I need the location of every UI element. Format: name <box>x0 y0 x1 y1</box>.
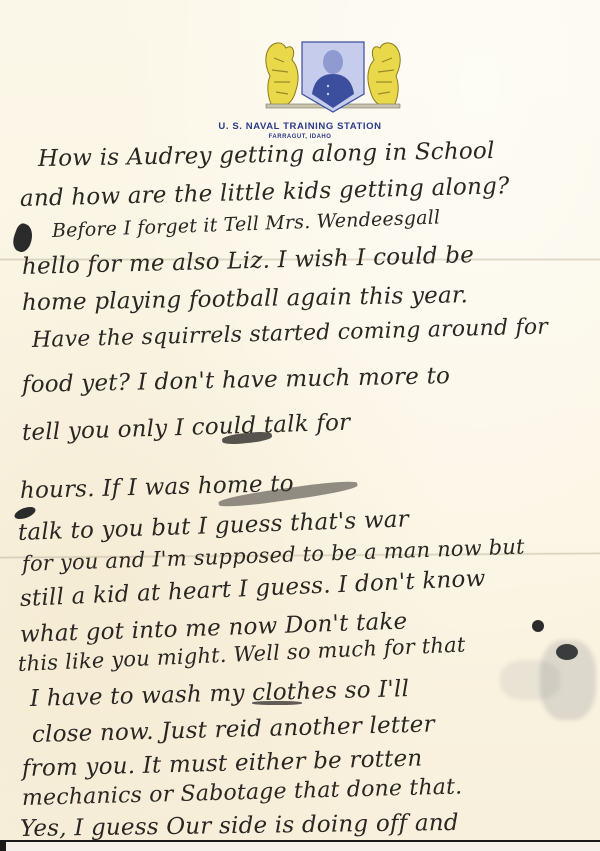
eagle-left-icon <box>266 43 298 106</box>
ink-blot <box>532 620 544 632</box>
letterhead-title: U. S. NAVAL TRAINING STATION <box>0 121 600 132</box>
letterhead-location: FARRAGUT, IDAHO <box>0 134 600 140</box>
water-stain <box>500 660 560 700</box>
eagle-right-icon <box>368 43 400 106</box>
naval-crest-icon <box>262 38 404 114</box>
crossed-out-word <box>252 701 302 705</box>
scan-bottom-edge <box>0 840 600 851</box>
